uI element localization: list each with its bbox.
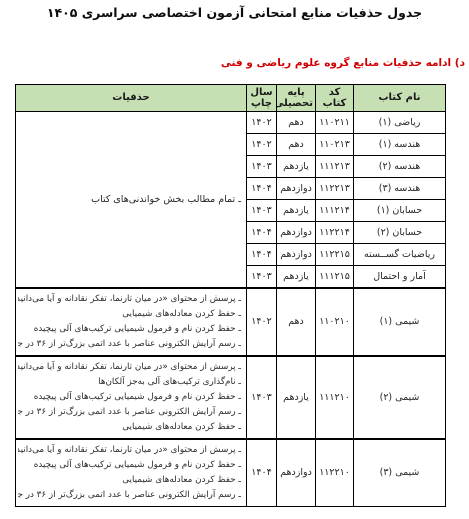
exam-deletions-table: نام کتاب کد کتاب پایه تحصیلی سال چاپ حذف… xyxy=(15,84,446,507)
book-code-cell: ۱۱۲۲۱۳ xyxy=(316,178,354,200)
deletion-item: ـ پرسش از محتوای «در میان تارنما، تفکر ن… xyxy=(18,360,241,375)
book-code-cell: ۱۱۰۲۱۰ xyxy=(316,288,354,356)
grade-cell: دهم xyxy=(277,134,316,156)
deletion-item: ـ رسم آرایش الکترونی عناصر با عدد اتمی ب… xyxy=(18,337,241,352)
column-header-print-year: سال چاپ xyxy=(247,85,277,112)
book-code-cell: ۱۱۱۲۱۳ xyxy=(316,156,354,178)
grade-cell: یازدهم xyxy=(277,266,316,288)
print-year-cell: ۱۴۰۴ xyxy=(247,222,277,244)
document-page: { "page": { "title": "جدول حذفیات منابع … xyxy=(0,0,469,519)
section-heading: د) ادامه حذفیات منابع گروه علوم ریاضی و … xyxy=(221,57,465,69)
book-code-cell: ۱۱۱۲۱۰ xyxy=(316,356,354,439)
deletion-item: ـ پرسش از محتوای «در میان تارنما، تفکر ن… xyxy=(18,443,241,458)
book-code-cell: ۱۱۲۲۱۰ xyxy=(316,439,354,507)
print-year-cell: ۱۴۰۲ xyxy=(247,112,277,134)
print-year-cell: ۱۴۰۳ xyxy=(247,156,277,178)
deletion-item: ـ حفظ کردن نام و فرمول شیمیایی ترکیب‌های… xyxy=(18,390,241,405)
grade-cell: یازدهم xyxy=(277,156,316,178)
book-name-cell: هندسه (۲) xyxy=(354,156,446,178)
table-row: شیمی (۲) ۱۱۱۲۱۰ یازدهم ۱۴۰۳ ـ پرسش از مح… xyxy=(16,356,446,439)
grade-cell: یازدهم xyxy=(277,200,316,222)
grade-cell: یازدهم xyxy=(277,356,316,439)
book-code-cell: ۱۱۲۲۱۴ xyxy=(316,222,354,244)
print-year-cell: ۱۴۰۴ xyxy=(247,178,277,200)
deletion-item: ـ حفظ کردن معادله‌های شیمیایی xyxy=(18,307,241,322)
book-code-cell: ۱۱۰۲۱۳ xyxy=(316,134,354,156)
deletion-item: ـ حفظ کردن نام و فرمول شیمیایی ترکیب‌های… xyxy=(18,322,241,337)
page-title: جدول حذفیات منابع امتحانی آزمون اختصاصی … xyxy=(0,5,469,20)
print-year-cell: ۱۴۰۴ xyxy=(247,439,277,507)
table-row: ریاضی (۱) ۱۱۰۲۱۱ دهم ۱۴۰۲ ـ تمام مطالب ب… xyxy=(16,112,446,134)
header-row: نام کتاب کد کتاب پایه تحصیلی سال چاپ حذف… xyxy=(16,85,446,112)
book-name-cell: شیمی (۳) xyxy=(354,439,446,507)
book-code-cell: ۱۱۱۲۱۵ xyxy=(316,266,354,288)
grade-cell: دهم xyxy=(277,288,316,356)
deletions-cell: ـ پرسش از محتوای «در میان تارنما، تفکر ن… xyxy=(16,356,247,439)
print-year-cell: ۱۴۰۳ xyxy=(247,356,277,439)
print-year-cell: ۱۴۰۳ xyxy=(247,200,277,222)
book-name-cell: ریاضی (۱) xyxy=(354,112,446,134)
book-name-cell: ریاضیات گســسته xyxy=(354,244,446,266)
deletion-item: ـ پرسش از محتوای «در میان تارنما، تفکر ن… xyxy=(18,292,241,307)
grade-cell: دوازدهم xyxy=(277,222,316,244)
table-row: شیمی (۳) ۱۱۲۲۱۰ دوازدهم ۱۴۰۴ ـ پرسش از م… xyxy=(16,439,446,507)
deletion-item: ـ نام‌گذاری ترکیب‌های آلی به‌جز آلکان‌ها xyxy=(18,375,241,390)
deletions-cell: ـ پرسش از محتوای «در میان تارنما، تفکر ن… xyxy=(16,288,247,356)
deletions-cell: ـ پرسش از محتوای «در میان تارنما، تفکر ن… xyxy=(16,439,247,507)
column-header-book-name: نام کتاب xyxy=(354,85,446,112)
book-name-cell: حسابان (۱) xyxy=(354,200,446,222)
deletion-item: ـ حفظ کردن معادله‌های شیمیایی xyxy=(18,473,241,488)
column-header-deletions: حذفیات xyxy=(16,85,247,112)
grade-cell: دوازدهم xyxy=(277,244,316,266)
book-name-cell: آمار و احتمال xyxy=(354,266,446,288)
grade-cell: دوازدهم xyxy=(277,178,316,200)
column-header-grade: پایه تحصیلی xyxy=(277,85,316,112)
deletion-item: ـ حفظ کردن معادله‌های شیمیایی xyxy=(18,420,241,435)
book-name-cell: هندسه (۱) xyxy=(354,134,446,156)
print-year-cell: ۱۴۰۲ xyxy=(247,288,277,356)
print-year-cell: ۱۴۰۴ xyxy=(247,244,277,266)
print-year-cell: ۱۴۰۲ xyxy=(247,134,277,156)
deletions-cell: ـ تمام مطالب بخش خواندنی‌های کتاب xyxy=(16,112,247,288)
book-name-cell: شیمی (۲) xyxy=(354,356,446,439)
deletion-item: ـ رسم آرایش الکترونی عناصر با عدد اتمی ب… xyxy=(18,405,241,420)
grade-cell: دهم xyxy=(277,112,316,134)
book-code-cell: ۱۱۰۲۱۱ xyxy=(316,112,354,134)
grade-cell: دوازدهم xyxy=(277,439,316,507)
book-name-cell: هندسه (۳) xyxy=(354,178,446,200)
table-row: شیمی (۱) ۱۱۰۲۱۰ دهم ۱۴۰۲ ـ پرسش از محتوا… xyxy=(16,288,446,356)
column-header-book-code: کد کتاب xyxy=(316,85,354,112)
book-code-cell: ۱۱۱۲۱۴ xyxy=(316,200,354,222)
book-name-cell: شیمی (۱) xyxy=(354,288,446,356)
print-year-cell: ۱۴۰۳ xyxy=(247,266,277,288)
book-name-cell: حسابان (۲) xyxy=(354,222,446,244)
deletion-item: ـ حفظ کردن نام و فرمول شیمیایی ترکیب‌های… xyxy=(18,458,241,473)
deletion-item: ـ رسم آرایش الکترونی عناصر با عدد اتمی ب… xyxy=(18,488,241,503)
book-code-cell: ۱۱۲۲۱۵ xyxy=(316,244,354,266)
